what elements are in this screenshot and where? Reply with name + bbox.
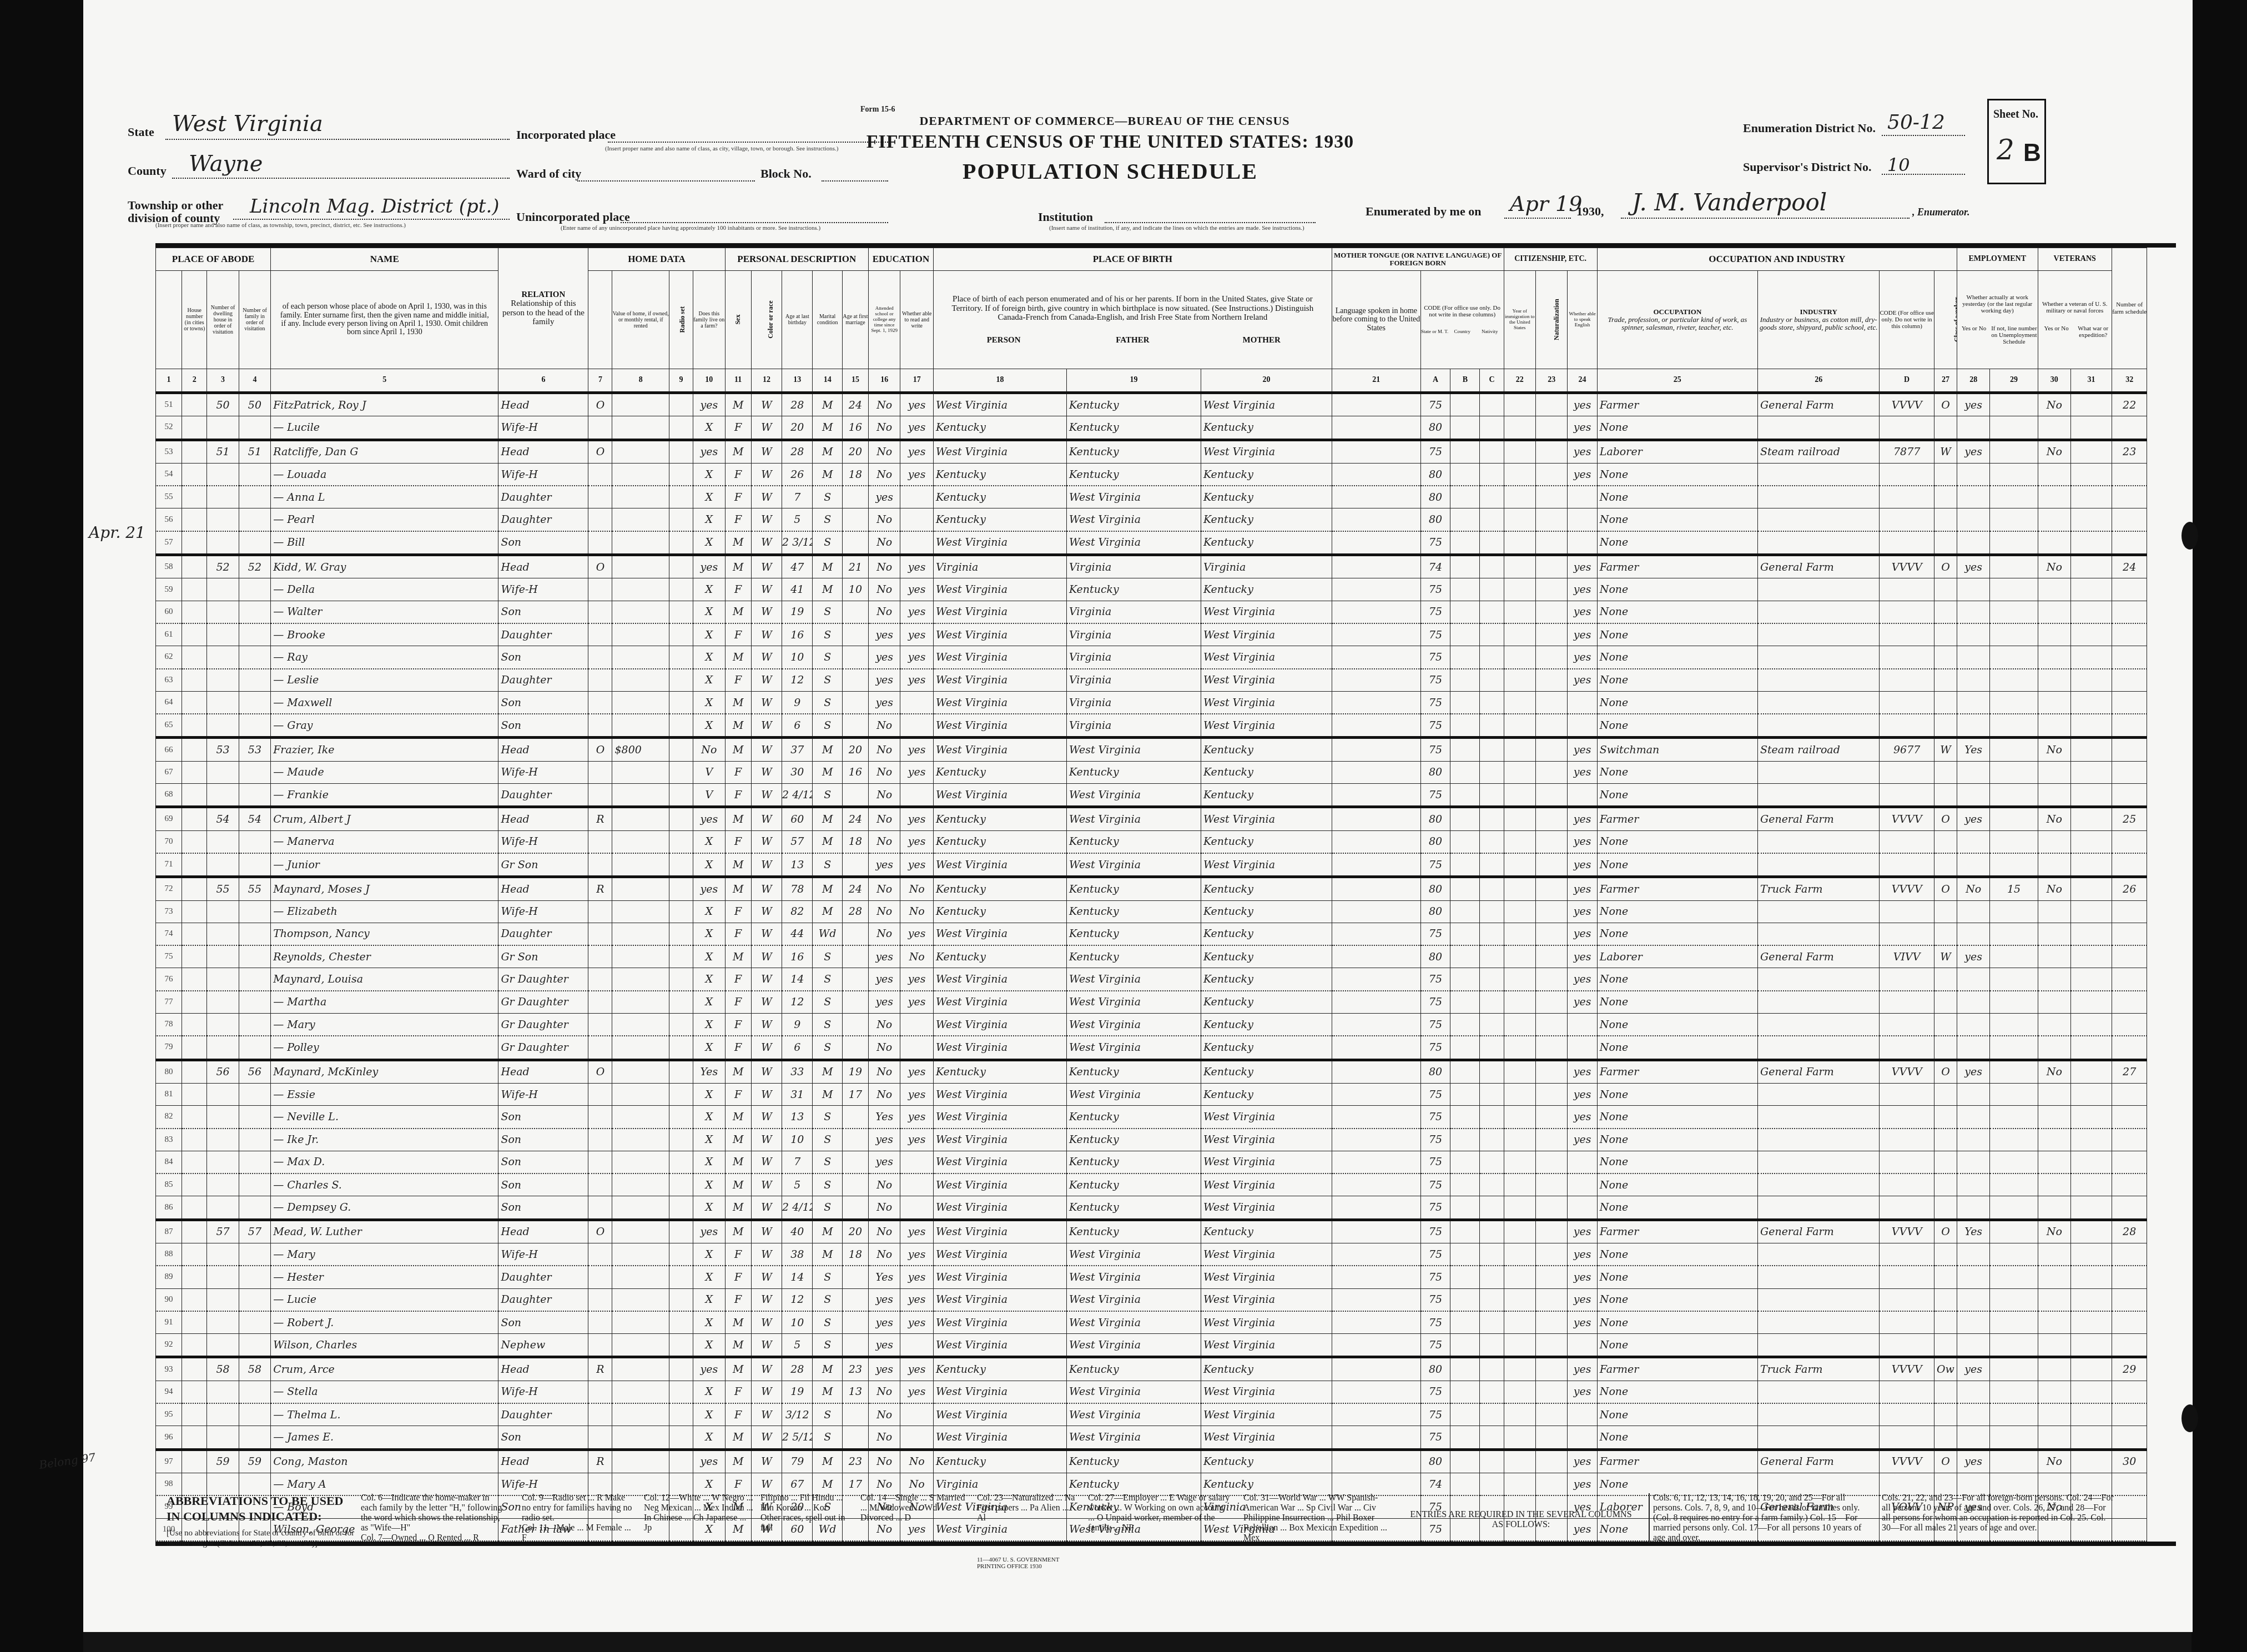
cell-read: yes [900,393,933,416]
cell-class: W [1934,738,1957,761]
cell-sex: F [725,1243,751,1266]
cell-code-c [1480,1060,1504,1083]
cell-mother-birth: West Virginia [1201,1196,1332,1220]
cell-war [2071,738,2112,761]
cell-age: 28 [782,440,813,463]
cell-dwelling [207,623,239,646]
cell-house [182,1449,207,1473]
cell-school: Yes [869,1106,900,1129]
cell-father-birth: West Virginia [1066,807,1201,830]
cell-mother-birth: West Virginia [1201,1288,1332,1311]
cell-owned: O [588,440,612,463]
cell-value [612,1426,669,1449]
cell-house [182,1426,207,1449]
column-number: A [1420,369,1450,393]
cell-class [1934,1129,1957,1151]
cell-radio [669,1288,693,1311]
enumerated-year: 1930, [1576,204,1604,219]
cell-lang [1332,601,1420,623]
cell-relation: Daughter [498,486,588,508]
cell-code-a: 75 [1420,1173,1450,1196]
column-number: 15 [842,369,868,393]
cell-at-work [1957,991,1989,1014]
cell-occupation: Farmer [1597,1220,1757,1243]
cell-race: W [751,900,782,923]
cell-code-a: 75 [1420,393,1450,416]
cell-name: — Walter [271,601,498,623]
cell-father-birth: Virginia [1066,691,1201,714]
cell-speak: yes [1568,440,1597,463]
cell-dwelling: 56 [207,1060,239,1083]
cell-class: O [1934,1220,1957,1243]
cell-farm-sched [2112,416,2147,440]
cell-lang [1332,1311,1420,1334]
supervisor-district-label: Supervisor's District No. [1743,160,1872,174]
cell-age-marr [842,669,868,692]
cell-farm: X [693,853,725,877]
cell-occupation: None [1597,1151,1757,1173]
cell-dwelling [207,1196,239,1220]
cell-dwelling [207,1381,239,1403]
cell-industry: General Farm [1757,1220,1879,1243]
cell-race: W [751,623,782,646]
cell-code-d: VVVV [1880,807,1934,830]
cell-class: O [1934,807,1957,830]
cell-war [2071,968,2112,991]
cell-at-work [1957,761,1989,783]
cell-farm-sched [2112,1288,2147,1311]
cell-code-a: 74 [1420,555,1450,578]
cell-father-birth: Kentucky [1066,900,1201,923]
cell-age-marr: 23 [842,1449,868,1473]
cell-sex: F [725,900,751,923]
cell-unemp-line [1990,1060,2038,1083]
cell-read [900,1426,933,1449]
punch-hole-bottom [2181,1404,2198,1432]
cell-farm-sched [2112,601,2147,623]
cell-father-birth: Kentucky [1066,923,1201,945]
cell-school: No [869,578,900,601]
cell-race: W [751,1449,782,1473]
cell-birth: West Virginia [933,531,1066,555]
cell-veteran [2038,1473,2070,1495]
cell-value [612,784,669,807]
cell-family [239,463,270,486]
cell-farm-sched [2112,1311,2147,1334]
header-c24: Whether able to speak English [1568,271,1597,369]
cell-value [612,601,669,623]
cell-father-birth: West Virginia [1066,738,1201,761]
cell-farm: X [693,1403,725,1426]
cell-class [1934,623,1957,646]
cell-family [239,1311,270,1334]
cell-birth: West Virginia [933,1334,1066,1357]
cell-read: yes [900,807,933,830]
cell-occupation: None [1597,1106,1757,1129]
cell-at-work [1957,601,1989,623]
cell-read: yes [900,1083,933,1105]
cell-at-work [1957,1334,1989,1357]
cell-name: — Essie [271,1083,498,1105]
cell-at-work [1957,1173,1989,1196]
line-number: 80 [156,1060,182,1083]
cell-mother-birth: Kentucky [1201,1473,1332,1495]
cell-father-birth: Virginia [1066,714,1201,738]
cell-natur [1535,531,1567,555]
cell-code-d: VVVV [1880,1449,1934,1473]
cell-read: yes [900,601,933,623]
cell-class [1934,463,1957,486]
cell-house [182,761,207,783]
cell-code-a: 75 [1420,440,1450,463]
cell-age-marr: 24 [842,807,868,830]
cell-father-birth: Kentucky [1066,1173,1201,1196]
cell-code-a: 80 [1420,508,1450,531]
cell-mother-birth: West Virginia [1201,646,1332,669]
cell-unemp-line [1990,900,2038,923]
cell-value [612,853,669,877]
cell-sex: F [725,416,751,440]
cell-at-work [1957,968,1989,991]
cell-veteran [2038,508,2070,531]
cell-code-b [1450,1426,1480,1449]
cell-code-b [1450,991,1480,1014]
cell-occupation: None [1597,830,1757,853]
cell-read [900,714,933,738]
column-number: D [1880,369,1934,393]
cell-natur [1535,1473,1567,1495]
line-number: 82 [156,1106,182,1129]
cell-natur [1535,578,1567,601]
cell-birth: West Virginia [933,623,1066,646]
cell-at-work [1957,486,1989,508]
cell-natur [1535,601,1567,623]
column-number: 12 [751,369,782,393]
cell-school: yes [869,691,900,714]
cell-owned [588,853,612,877]
cell-owned [588,1106,612,1129]
cell-family [239,601,270,623]
cell-veteran [2038,830,2070,853]
department-heading: DEPARTMENT OF COMMERCE—BUREAU OF THE CEN… [910,114,1299,128]
cell-age-marr [842,486,868,508]
cell-owned [588,646,612,669]
cell-value [612,1129,669,1151]
cell-farm: X [693,1196,725,1220]
cell-speak: yes [1568,968,1597,991]
cell-code-d [1880,1106,1934,1129]
footer-col7: Col. 7—Owned ... O Rented ... R [361,1533,505,1543]
cell-family [239,1196,270,1220]
cell-dwelling [207,1403,239,1426]
header-c18: PERSON [939,336,1068,345]
cell-house [182,1266,207,1288]
cell-code-c [1480,601,1504,623]
cell-age-marr [842,945,868,968]
cell-code-d [1880,1243,1934,1266]
cell-farm-sched [2112,714,2147,738]
cell-father-birth: West Virginia [1066,1403,1201,1426]
cell-marital: M [813,1449,842,1473]
cell-war [2071,393,2112,416]
header-code: CODE (For office use only. Do not write … [1420,271,1504,369]
cell-at-work [1957,1036,1989,1060]
cell-farm-sched [2112,991,2147,1014]
footer-col14: Col. 14—Single ... S Married ... M Widow… [860,1493,971,1523]
line-number: 85 [156,1173,182,1196]
sheet-number-box: Sheet No. 2 B [1987,99,2046,184]
cell-school: yes [869,991,900,1014]
cell-radio [669,1403,693,1426]
cell-code-d: VVVV [1880,1060,1934,1083]
cell-code-b [1450,877,1480,900]
cell-speak: yes [1568,1243,1597,1266]
cell-class [1934,714,1957,738]
cell-occupation: Laborer [1597,945,1757,968]
header-c12: Color or race [751,271,782,369]
cell-lang [1332,1196,1420,1220]
cell-birth: Kentucky [933,416,1066,440]
cell-code-b [1450,531,1480,555]
cell-class [1934,1173,1957,1196]
punch-hole-top [2181,522,2198,550]
cell-relation: Wife-H [498,761,588,783]
cell-veteran [2038,968,2070,991]
cell-name: Crum, Arce [271,1357,498,1381]
cell-read: yes [900,1106,933,1129]
cell-age: 12 [782,1288,813,1311]
cell-war [2071,508,2112,531]
cell-veteran [2038,416,2070,440]
cell-value [612,669,669,692]
cell-age-marr: 20 [842,1220,868,1243]
cell-immig [1504,714,1535,738]
cell-code-c [1480,877,1504,900]
cell-code-d [1880,1036,1934,1060]
cell-house [182,923,207,945]
cell-farm: X [693,1334,725,1357]
cell-lang [1332,555,1420,578]
header-c4: Number of family in order of visitation [239,271,270,369]
cell-code-a: 75 [1420,691,1450,714]
cell-age-marr: 18 [842,830,868,853]
cell-sex: F [725,486,751,508]
cell-code-a: 80 [1420,945,1450,968]
cell-family [239,416,270,440]
cell-race: W [751,1243,782,1266]
cell-veteran [2038,1196,2070,1220]
cell-family [239,1036,270,1060]
cell-name: Maynard, Moses J [271,877,498,900]
cell-name: — Mary [271,1243,498,1266]
cell-war [2071,1106,2112,1129]
state-label: State [128,125,154,139]
cell-birth: West Virginia [933,1129,1066,1151]
header-c30: Yes or No [2038,325,2075,339]
header-c17: Whether able to read and write [900,271,933,369]
enumerator-line [1621,218,1910,219]
cell-unemp-line [1990,601,2038,623]
cell-name: Maynard, Louisa [271,968,498,991]
cell-code-b [1450,945,1480,968]
cell-speak [1568,1151,1597,1173]
cell-radio [669,1381,693,1403]
cell-relation: Head [498,555,588,578]
cell-father-birth: Kentucky [1066,877,1201,900]
cell-read: yes [900,853,933,877]
cell-name: — Robert J. [271,1311,498,1334]
cell-age: 30 [782,761,813,783]
cell-industry [1757,1196,1879,1220]
cell-code-a: 80 [1420,807,1450,830]
cell-marital: S [813,531,842,555]
cell-value [612,900,669,923]
cell-owned [588,1243,612,1266]
cell-radio [669,761,693,783]
cell-veteran [2038,486,2070,508]
cell-immig [1504,691,1535,714]
cell-at-work [1957,1129,1989,1151]
line-number: 65 [156,714,182,738]
c25-title: OCCUPATION [1653,308,1701,316]
cell-house [182,601,207,623]
cell-radio [669,486,693,508]
county-label: County [128,164,167,178]
cell-family [239,1083,270,1105]
group-veterans: VETERANS [2038,248,2112,271]
cell-owned [588,968,612,991]
cell-school: No [869,601,900,623]
cell-race: W [751,1014,782,1036]
cell-code-b [1450,440,1480,463]
cell-code-a: 75 [1420,991,1450,1014]
cell-relation: Head [498,1060,588,1083]
table-row: 71— JuniorGr SonXMW13SyesyesWest Virgini… [156,853,2176,877]
cell-natur [1535,486,1567,508]
cell-age-marr [842,968,868,991]
cell-radio [669,1106,693,1129]
cell-immig [1504,784,1535,807]
cell-farm: X [693,486,725,508]
cell-lang [1332,761,1420,783]
column-number: 26 [1757,369,1879,393]
cell-birth: Kentucky [933,945,1066,968]
cell-father-birth: Virginia [1066,669,1201,692]
cell-speak [1568,1173,1597,1196]
cell-house [182,393,207,416]
cell-birth: Kentucky [933,830,1066,853]
cell-relation: Daughter [498,1288,588,1311]
cell-house [182,968,207,991]
cell-radio [669,1243,693,1266]
cell-relation: Son [498,1196,588,1220]
group-place-of-abode: PLACE OF ABODE [156,248,271,271]
cell-read: yes [900,1266,933,1288]
cell-class [1934,1334,1957,1357]
cell-code-b [1450,1334,1480,1357]
cell-code-d [1880,968,1934,991]
cell-occupation: None [1597,623,1757,646]
cell-value [612,923,669,945]
cell-race: W [751,991,782,1014]
cell-owned [588,945,612,968]
cell-unemp-line [1990,1403,2038,1426]
line-number: 94 [156,1381,182,1403]
cell-dwelling: 55 [207,877,239,900]
cell-occupation: Farmer [1597,393,1757,416]
cell-mother-birth: Kentucky [1201,1357,1332,1381]
cell-code-b [1450,853,1480,877]
cell-code-c [1480,900,1504,923]
cell-age: 2 4/12 [782,1196,813,1220]
unincorporated-instruction: (Enter name of any unincorporated place … [561,225,820,231]
cell-industry [1757,1083,1879,1105]
cell-race: W [751,923,782,945]
cell-birth: West Virginia [933,1014,1066,1036]
header-c10: Does this family live on a farm? [693,271,725,369]
cell-marital: S [813,1334,842,1357]
cell-farm-sched [2112,923,2147,945]
cell-birth: Kentucky [933,463,1066,486]
cell-farm-sched [2112,945,2147,968]
header-c20: MOTHER [1197,336,1326,345]
cell-school: yes [869,1357,900,1381]
cell-at-work [1957,1106,1989,1129]
cell-mother-birth: Kentucky [1201,784,1332,807]
cell-speak: yes [1568,877,1597,900]
cell-read [900,1014,933,1036]
cell-father-birth: West Virginia [1066,1311,1201,1334]
cell-dwelling [207,714,239,738]
cell-radio [669,623,693,646]
line-number: 87 [156,1220,182,1243]
cell-class [1934,853,1957,877]
cell-speak: yes [1568,945,1597,968]
cell-lang [1332,945,1420,968]
cell-code-b [1450,1220,1480,1243]
cell-at-work [1957,853,1989,877]
cell-code-a: 75 [1420,1014,1450,1036]
cell-veteran [2038,1014,2070,1036]
table-row: 81— EssieWife-HXFW31M17NoyesWest Virgini… [156,1083,2176,1105]
cell-mother-birth: West Virginia [1201,853,1332,877]
cell-veteran: No [2038,1449,2070,1473]
cell-unemp-line [1990,1381,2038,1403]
cell-mother-birth: West Virginia [1201,1151,1332,1173]
cell-mother-birth: Kentucky [1201,923,1332,945]
abbrev-title: ABBREVIATIONS TO BE USED IN COLUMNS INDI… [167,1493,355,1524]
cell-marital: S [813,945,842,968]
cell-at-work [1957,1288,1989,1311]
cell-farm-sched [2112,1334,2147,1357]
cell-dwelling [207,968,239,991]
cell-father-birth: Kentucky [1066,1151,1201,1173]
cell-unemp-line [1990,463,2038,486]
cell-industry [1757,1403,1879,1426]
cell-dwelling [207,1473,239,1495]
cell-veteran [2038,1151,2070,1173]
cell-code-b [1450,923,1480,945]
cell-relation: Daughter [498,508,588,531]
cell-farm: X [693,1151,725,1173]
cell-immig [1504,1014,1535,1036]
cell-sex: F [725,623,751,646]
incorporated-label: Incorporated place [516,128,616,142]
cell-age-marr [842,1403,868,1426]
cell-dwelling [207,1243,239,1266]
line-number: 75 [156,945,182,968]
cell-marital: M [813,738,842,761]
